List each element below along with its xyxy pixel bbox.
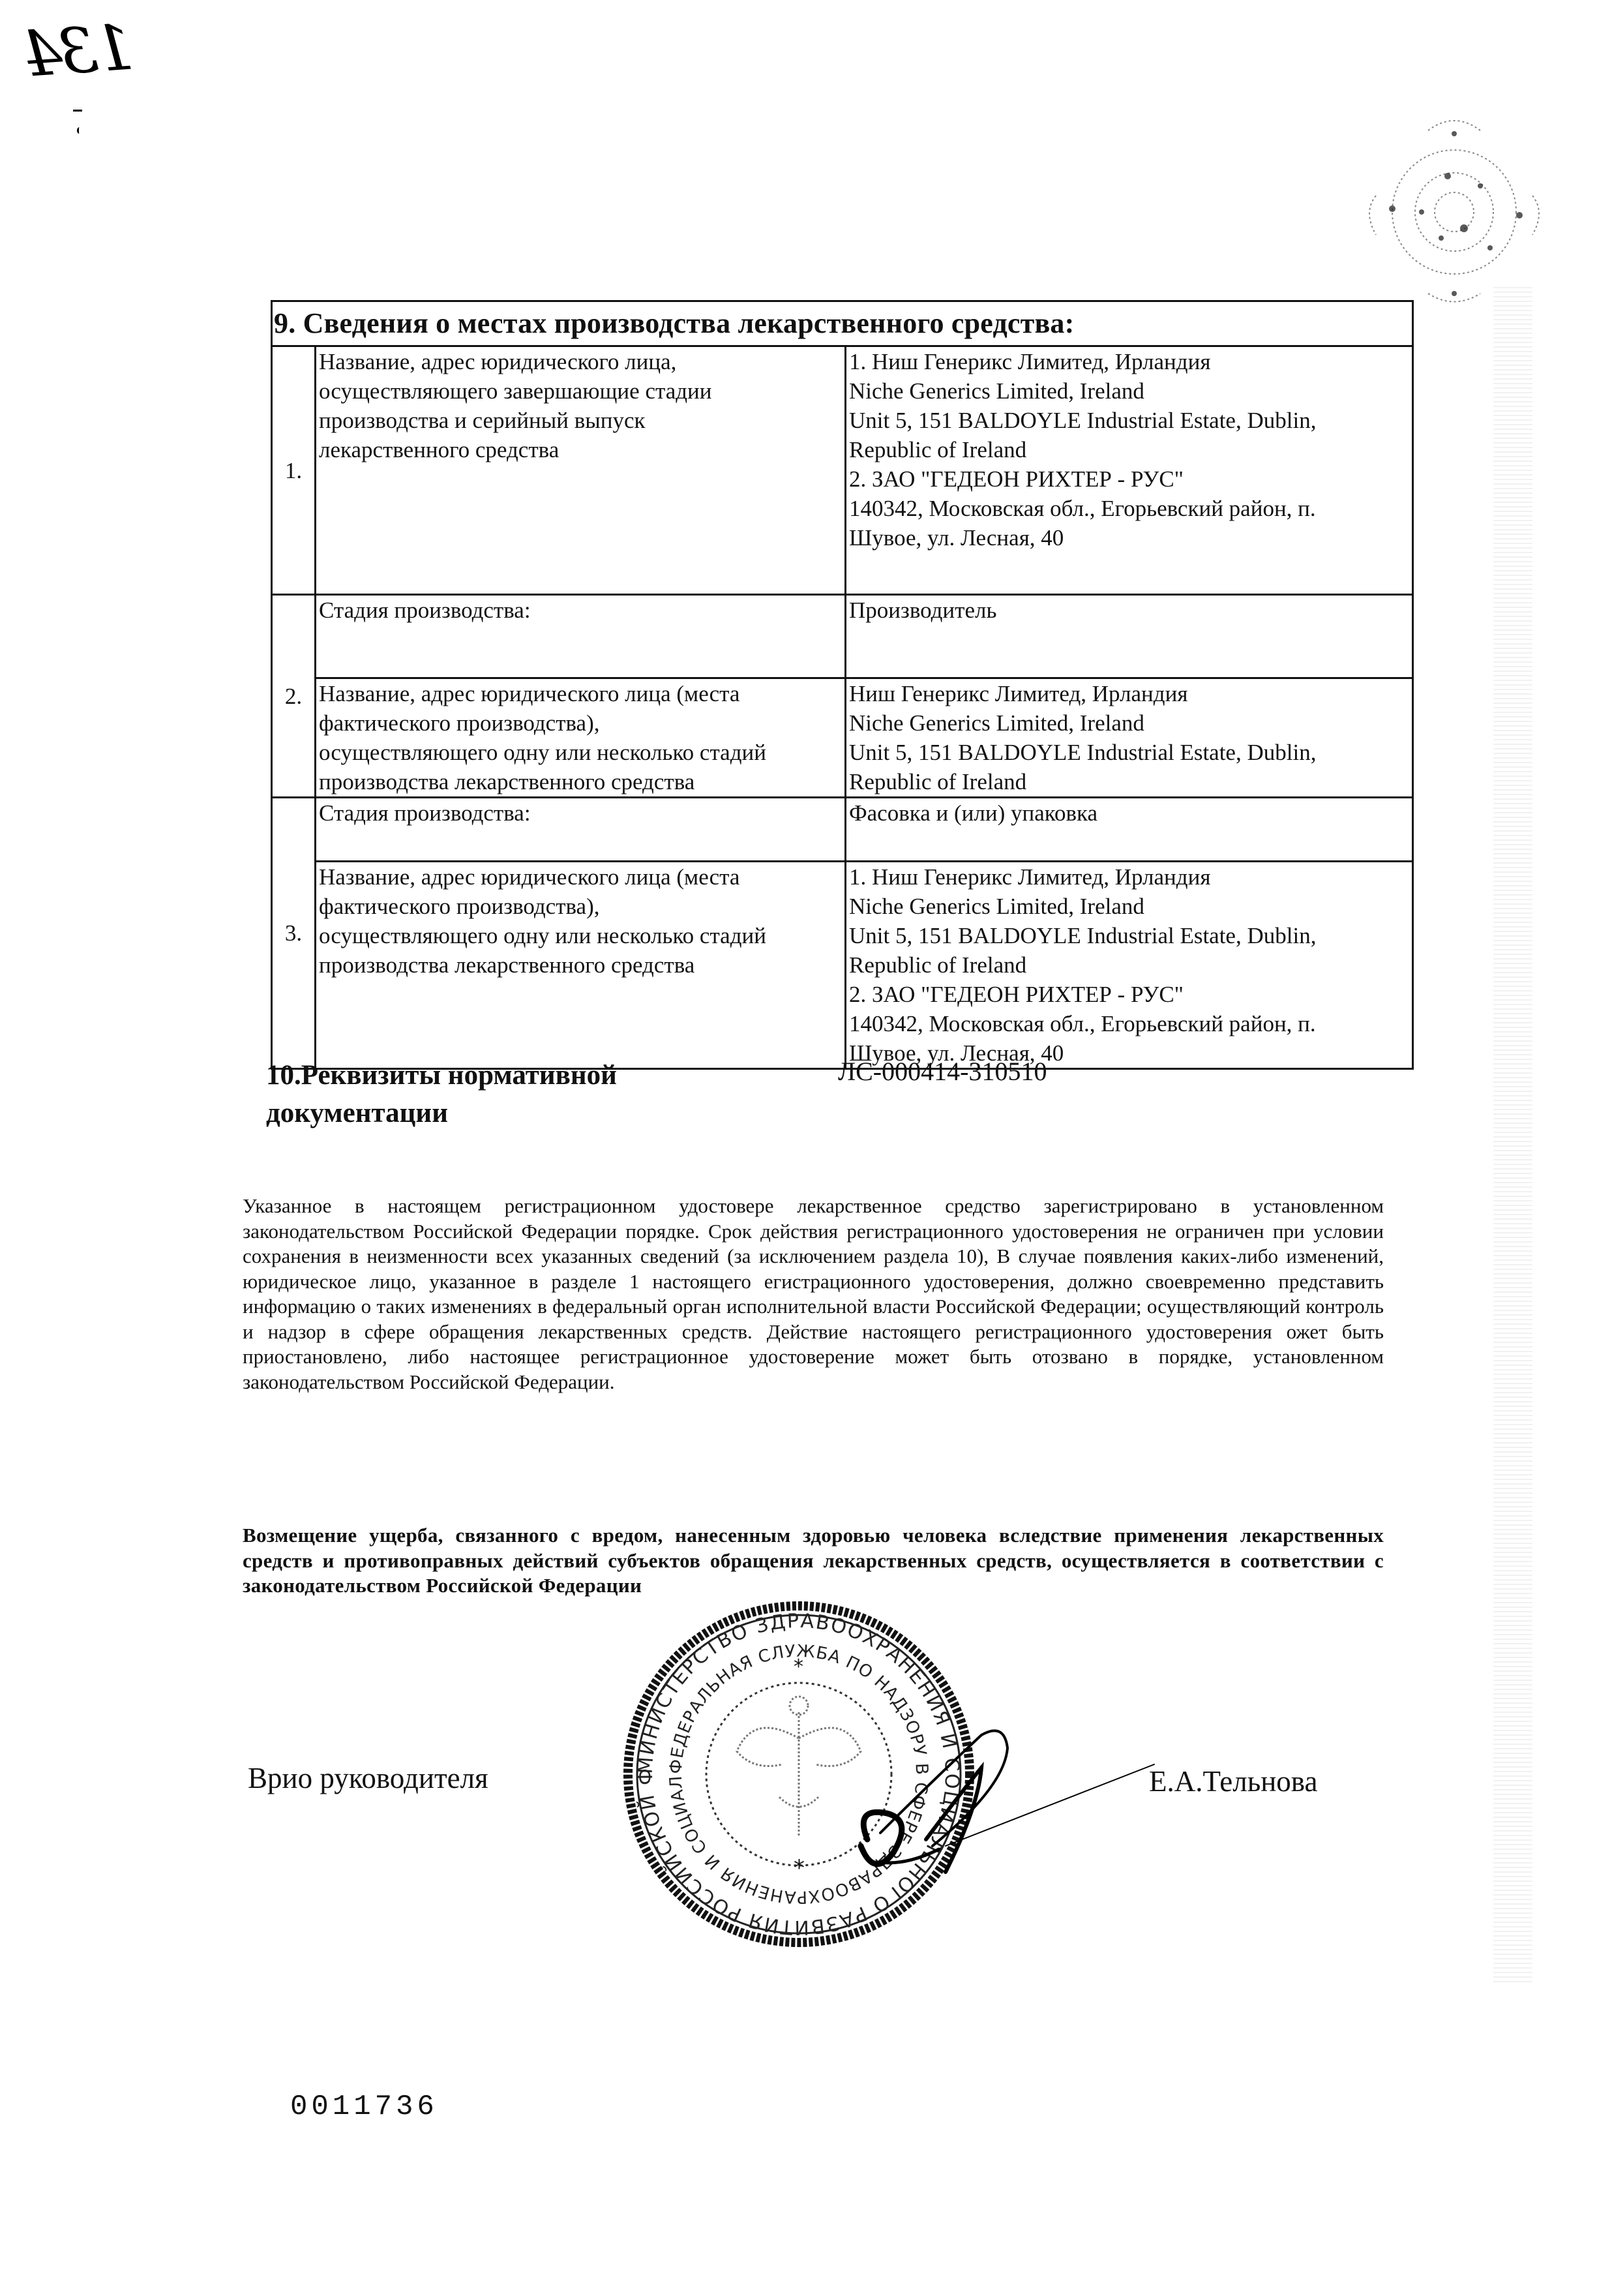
table-row: Название, адрес юридического лица (места…	[272, 862, 1413, 1069]
row-value: 1. Ниш Генерикс Лимитед, Ирландия Niche …	[846, 862, 1413, 1069]
row-label: Название, адрес юридического лица (места…	[316, 678, 846, 798]
section-10-label: 10.Реквизиты нормативной документации	[266, 1057, 617, 1132]
damages-notice-paragraph: Возмещение ущерба, связанного с вредом, …	[243, 1523, 1384, 1599]
value-line: Ниш Генерикс Лимитед, Ирландия	[849, 679, 1409, 708]
row-value: Ниш Генерикс Лимитед, Ирландия Niche Gen…	[846, 678, 1413, 798]
label-line: Название, адрес юридического лица,	[319, 347, 842, 376]
value-line: 140342, Московская обл., Егорьевский рай…	[849, 1009, 1409, 1038]
row-value: 1. Ниш Генерикс Лимитед, Ирландия Niche …	[846, 346, 1413, 595]
label-line: производства лекарственного средства	[319, 767, 842, 796]
row-number: 2.	[272, 595, 316, 798]
label-line: Название, адрес юридического лица (места	[319, 862, 842, 892]
label-line: осуществляющего завершающие стадии	[319, 376, 842, 406]
value-line: Republic of Ireland	[849, 767, 1409, 796]
value-line: Niche Generics Limited, Ireland	[849, 708, 1409, 738]
section-10-label-line: 10.Реквизиты нормативной	[266, 1057, 617, 1095]
section-10-label-line: документации	[266, 1095, 617, 1132]
row-number: 3.	[272, 798, 316, 1069]
value-line: Шувое, ул. Лесная, 40	[849, 523, 1409, 552]
normative-document-number: ЛС-000414-310510	[838, 1055, 1047, 1088]
label-line: осуществляющего одну или несколько стади…	[319, 738, 842, 767]
label-line: производства лекарственного средства	[319, 950, 842, 980]
value-line: Niche Generics Limited, Ireland	[849, 376, 1409, 406]
label-line: фактического производства),	[319, 708, 842, 738]
stage-label: Стадия производства:	[316, 798, 846, 862]
section-9-title: 9. Сведения о местах производства лекарс…	[272, 301, 1413, 346]
stage-value: Производитель	[846, 595, 1413, 678]
table-row: Название, адрес юридического лица (места…	[272, 678, 1413, 798]
table-row: 2. Стадия производства: Производитель	[272, 595, 1413, 678]
label-line: осуществляющего одну или несколько стади…	[319, 921, 842, 950]
table-title-row: 9. Сведения о местах производства лекарс…	[272, 301, 1413, 346]
value-line: 140342, Московская обл., Егорьевский рай…	[849, 494, 1409, 523]
signatory-role: Врио руководителя	[248, 1761, 488, 1795]
handwritten-signature-icon	[841, 1709, 1206, 1905]
signatory-name: Е.А.Тельнова	[1149, 1764, 1317, 1798]
pen-mark	[77, 127, 82, 134]
form-serial-number: 0011736	[290, 2091, 438, 2123]
value-line: Republic of Ireland	[849, 435, 1409, 464]
label-line: лекарственного средства	[319, 435, 842, 464]
row-label: Название, адрес юридического лица, осуще…	[316, 346, 846, 595]
registration-notice-paragraph: Указанное в настоящем регистрационном уд…	[243, 1194, 1384, 1395]
manufacturing-sites-table: 9. Сведения о местах производства лекарс…	[271, 300, 1414, 1070]
value-line: 1. Ниш Генерикс Лимитед, Ирландия	[849, 347, 1409, 376]
value-line: Unit 5, 151 BALDOYLE Industrial Estate, …	[849, 738, 1409, 767]
value-line: 2. ЗАО "ГЕДЕОН РИХТЕР - РУС"	[849, 980, 1409, 1009]
value-line: 1. Ниш Генерикс Лимитед, Ирландия	[849, 862, 1409, 892]
value-line: Unit 5, 151 BALDOYLE Industrial Estate, …	[849, 406, 1409, 435]
value-line: Niche Generics Limited, Ireland	[849, 892, 1409, 921]
pen-mark	[73, 110, 82, 112]
label-line: фактического производства),	[319, 892, 842, 921]
row-number: 1.	[272, 346, 316, 595]
stage-label: Стадия производства:	[316, 595, 846, 678]
rosette-ornament-icon	[1356, 98, 1552, 313]
table-row: 3. Стадия производства: Фасовка и (или) …	[272, 798, 1413, 862]
table-row: 1. Название, адрес юридического лица, ос…	[272, 346, 1413, 595]
svg-text:*: *	[794, 1655, 803, 1678]
scan-edge-noise	[1493, 287, 1532, 1983]
label-line: производства и серийный выпуск	[319, 406, 842, 435]
value-line: Unit 5, 151 BALDOYLE Industrial Estate, …	[849, 921, 1409, 950]
label-line: Название, адрес юридического лица (места	[319, 679, 842, 708]
stage-value: Фасовка и (или) упаковка	[846, 798, 1413, 862]
svg-text:*: *	[794, 1855, 805, 1881]
value-line: Republic of Ireland	[849, 950, 1409, 980]
handwritten-page-number: 134	[24, 16, 136, 85]
value-line: 2. ЗАО "ГЕДЕОН РИХТЕР - РУС"	[849, 464, 1409, 494]
row-label: Название, адрес юридического лица (места…	[316, 862, 846, 1069]
